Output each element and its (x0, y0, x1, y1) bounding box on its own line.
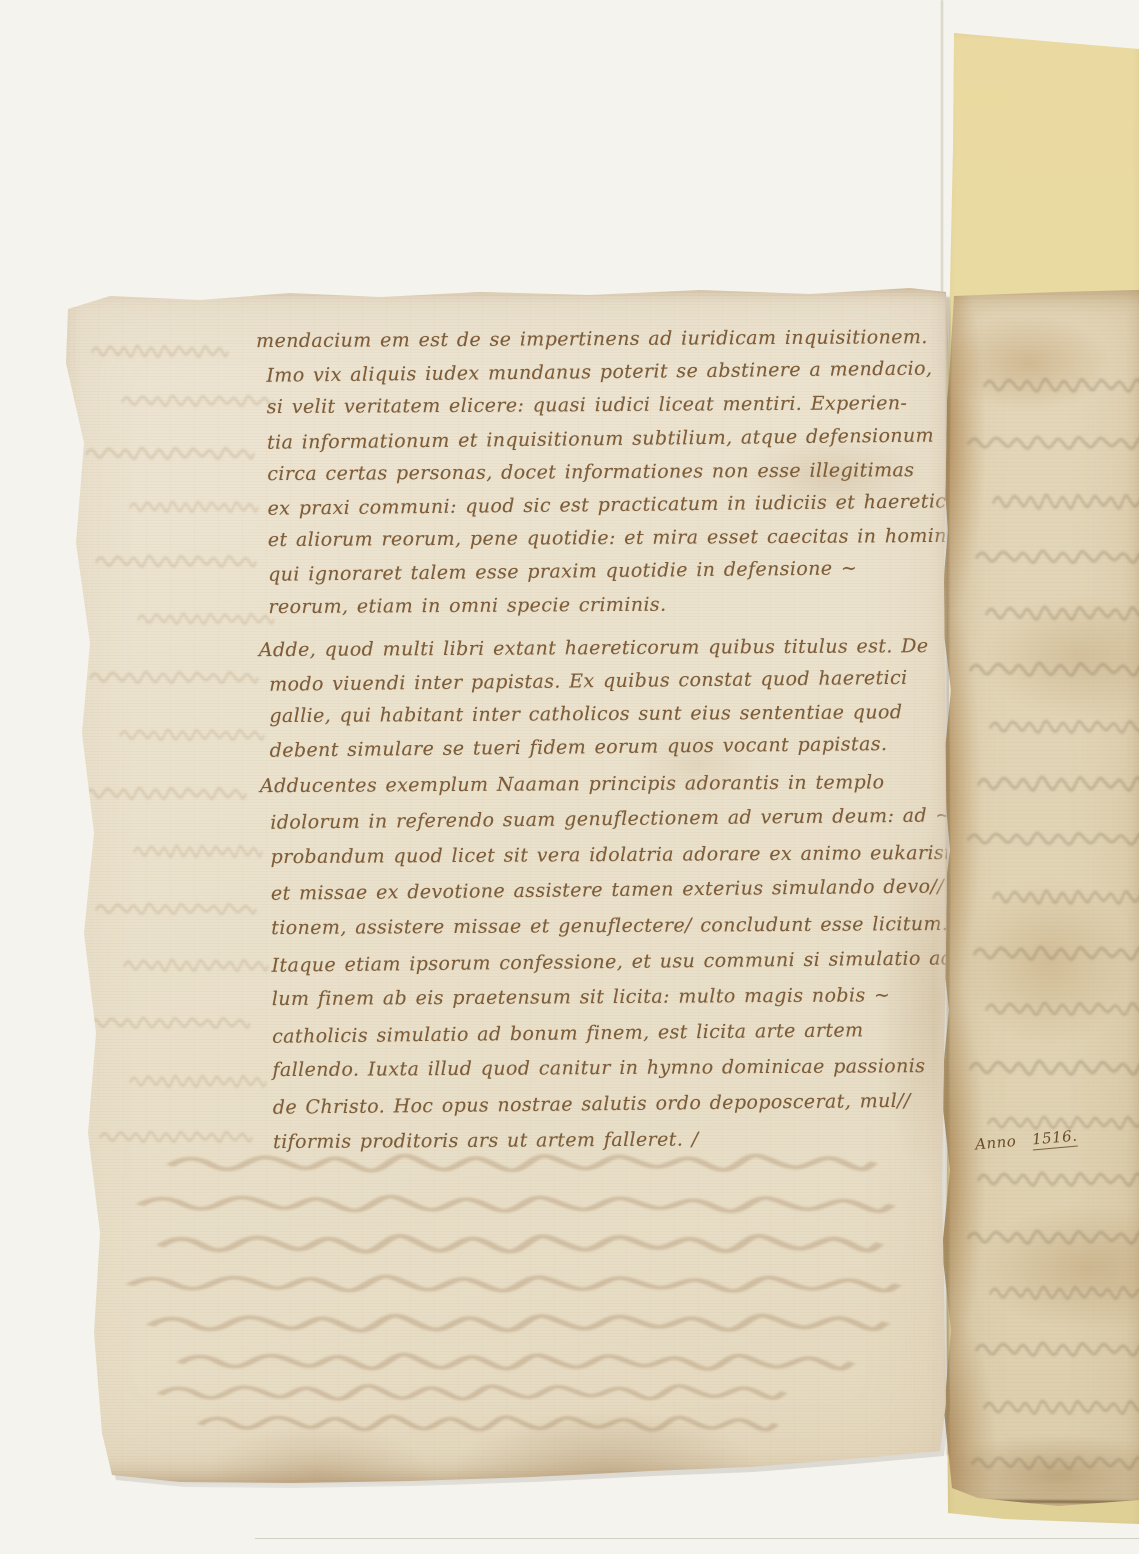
manuscript-line: Itaque etiam ipsorum confessione, et usu… (271, 941, 948, 984)
margin-note-word: Anno (974, 1132, 1017, 1154)
backdrop-seam-line (941, 0, 943, 292)
manuscript-line: fallendo. Iuxta illud quod canitur in hy… (272, 1049, 948, 1089)
paragraph: Adde, quod multi libri extant haereticor… (269, 629, 948, 768)
showthrough-writing-right-page (938, 290, 1139, 1512)
manuscript-line: debent simulare se tueri fidem eorum quo… (270, 728, 948, 769)
left-manuscript-page: mendacium em est de se impertinens ad iu… (50, 283, 948, 1485)
manuscript-line: Adducentes exemplum Naaman principis ado… (260, 765, 948, 805)
manuscript-line: reorum, etiam in omni specie criminis. (268, 586, 948, 623)
paragraph: mendacium em est de se impertinens ad iu… (266, 320, 948, 625)
manuscript-line: si velit veritatem elicere: quasi iudici… (267, 387, 948, 424)
manuscript-line: idolorum in referendo suam genuflectione… (270, 798, 948, 841)
manuscript-text-block: mendacium em est de se impertinens ad iu… (266, 320, 948, 1171)
manuscript-line: de Christo. Hoc opus nostrae salutis ord… (273, 1083, 948, 1126)
page-gutter-crevice (947, 297, 949, 1455)
manuscript-line: tionem, assistere missae et genuflectere… (271, 907, 948, 947)
manuscript-line: et missae ex devotione assistere tamen e… (271, 870, 948, 913)
margin-note-year: 1516. (1031, 1127, 1078, 1151)
manuscript-photograph: mendacium em est de se impertinens ad iu… (0, 0, 1139, 1554)
manuscript-line: tia informationum et inquisitionum subti… (267, 419, 948, 460)
manuscript-line: tiformis proditoris ars ut artem fallere… (273, 1120, 948, 1160)
manuscript-line: qui ignoraret talem esse praxim quotidie… (268, 552, 948, 593)
backdrop-edge-line (255, 1538, 1139, 1539)
paragraph: Adducentes exemplum Naaman principis ado… (270, 764, 948, 1162)
manuscript-line: lum finem ab eis praetensum sit licita: … (272, 978, 948, 1018)
right-manuscript-page (938, 290, 1139, 1512)
